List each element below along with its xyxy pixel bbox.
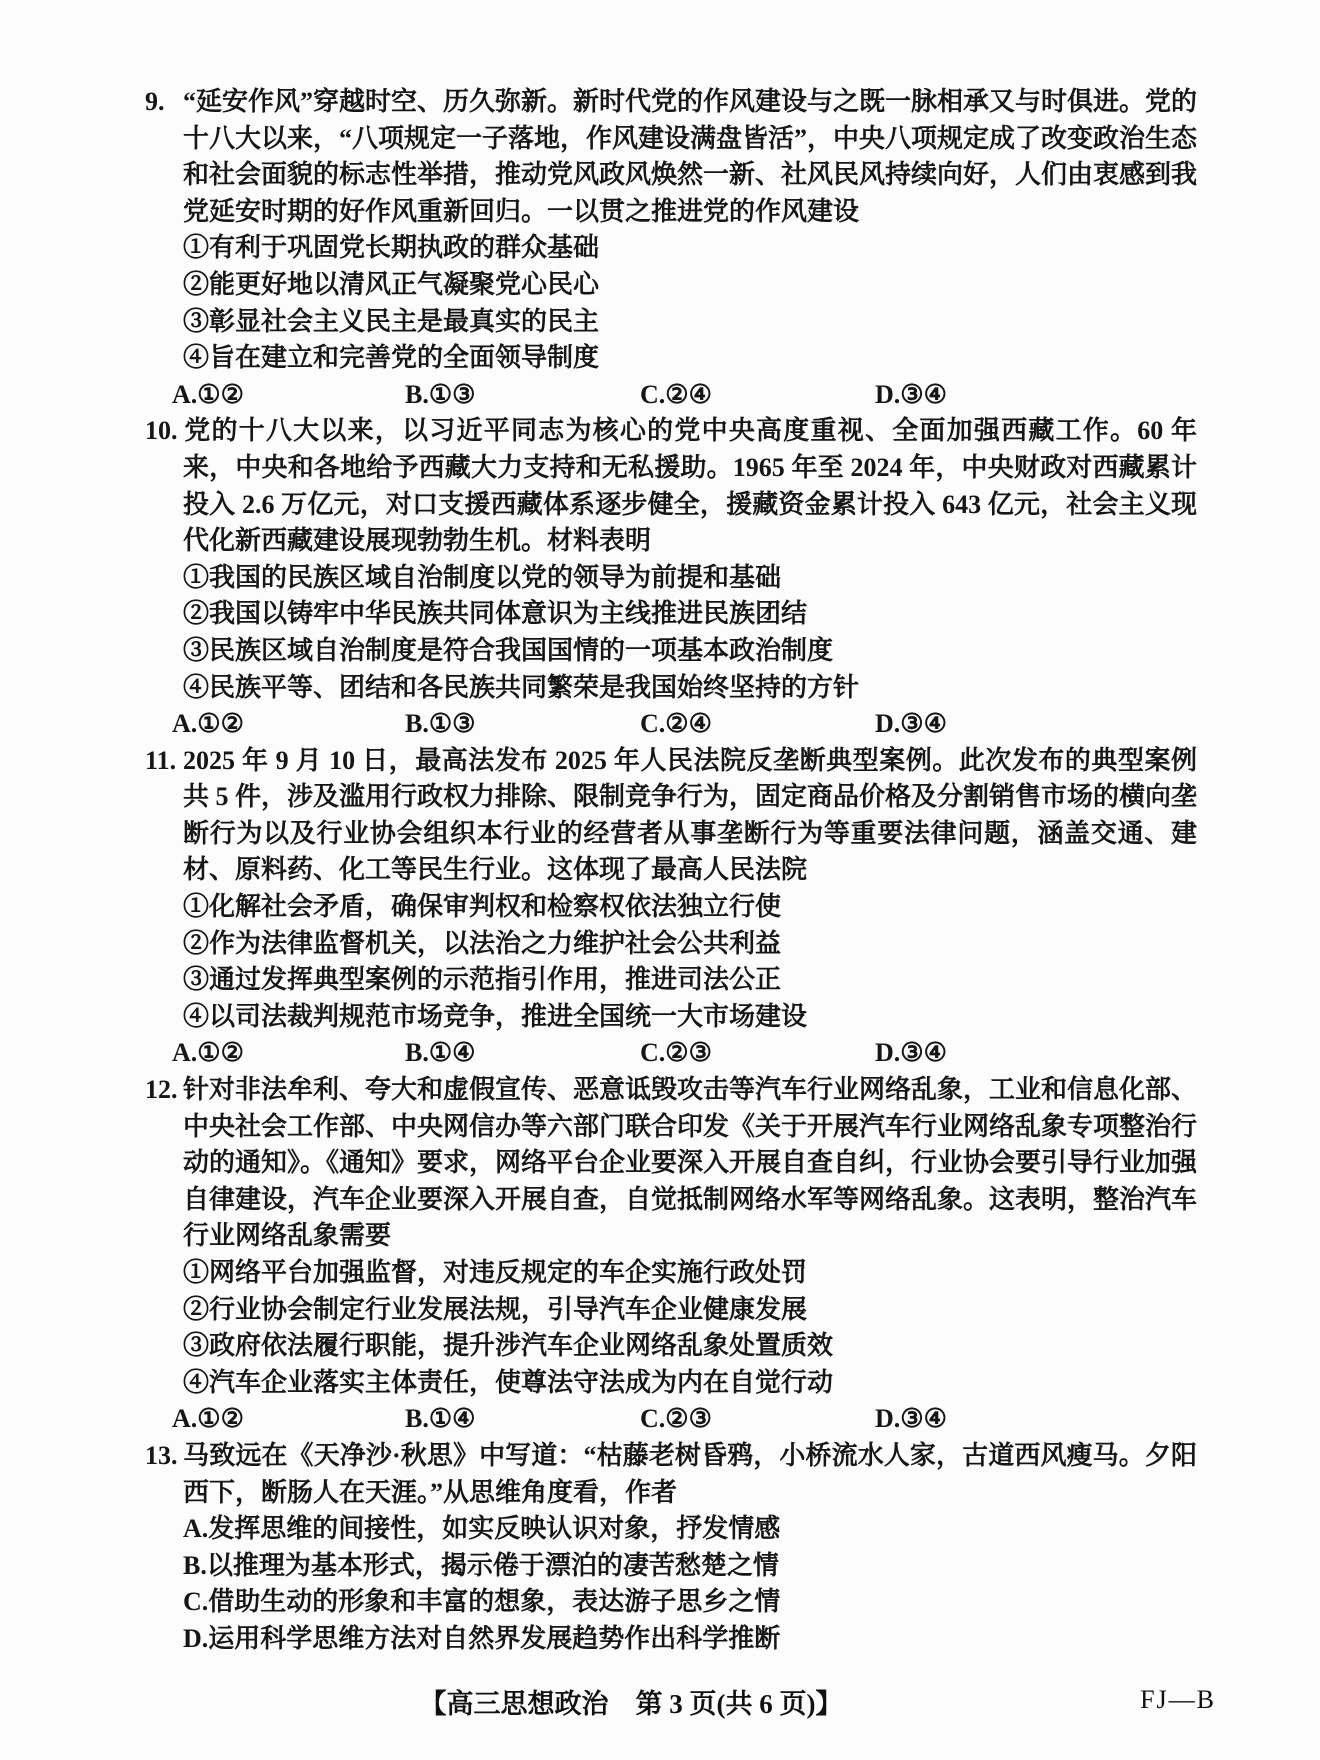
question-11-stem-text: 2025 年 9 月 10 日，最高法发布 2025 年人民法院反垄断典型案例。… xyxy=(183,746,1197,885)
question-13-stem: 13.马致远在《天净沙·秋思》中写道：“枯藤老树昏鸦，小桥流水人家，古道西风瘦马… xyxy=(145,1438,1197,1511)
question-12-stem-text: 针对非法牟利、夸大和虚假宣传、恶意诋毁攻击等汽车行业网络乱象，工业和信息化部、中… xyxy=(183,1075,1197,1250)
question-9-stem: 9.“延安作风”穿越时空、历久弥新。新时代党的作风建设与之既一脉相承又与时俱进。… xyxy=(145,84,1197,230)
exam-page-body: 9.“延安作风”穿越时空、历久弥新。新时代党的作风建设与之既一脉相承又与时俱进。… xyxy=(145,84,1197,1658)
question-12-number: 12. xyxy=(145,1072,183,1109)
question-10-choices: A.①② B.①③ C.②④ D.③④ xyxy=(145,706,1197,743)
question-11-item-2: ②作为法律监督机关，以法治之力维护社会公共利益 xyxy=(145,926,1197,963)
question-10-choice-c: C.②④ xyxy=(640,706,875,743)
question-13-option-b: B.以推理为基本形式，揭示倦于漂泊的凄苦愁楚之情 xyxy=(145,1548,1197,1585)
question-10-stem: 10.党的十八大以来，以习近平同志为核心的党中央高度重视、全面加强西藏工作。60… xyxy=(145,413,1197,559)
question-10-item-1: ①我国的民族区域自治制度以党的领导为前提和基础 xyxy=(145,560,1197,597)
question-12: 12.针对非法牟利、夸大和虚假宣传、恶意诋毁攻击等汽车行业网络乱象，工业和信息化… xyxy=(145,1072,1197,1438)
page-footer: 【高三思想政治 第 3 页(共 6 页)】 FJ—B xyxy=(0,1682,1320,1721)
question-12-item-2: ②行业协会制定行业发展法规，引导汽车企业健康发展 xyxy=(145,1292,1197,1329)
question-13-number: 13. xyxy=(145,1438,183,1475)
question-9-stem-text: “延安作风”穿越时空、历久弥新。新时代党的作风建设与之既一脉相承又与时俱进。党的… xyxy=(183,87,1197,226)
question-11-item-3: ③通过发挥典型案例的示范指引作用，推进司法公正 xyxy=(145,962,1197,999)
question-9-choices: A.①② B.①③ C.②④ D.③④ xyxy=(145,377,1197,414)
question-10-choice-b: B.①③ xyxy=(405,706,640,743)
question-12-item-4: ④汽车企业落实主体责任，使尊法守法成为内在自觉行动 xyxy=(145,1365,1197,1402)
question-9-item-3: ③彰显社会主义民主是最真实的民主 xyxy=(145,304,1197,341)
question-12-item-1: ①网络平台加强监督，对违反规定的车企实施行政处罚 xyxy=(145,1255,1197,1292)
question-11-choices: A.①② B.①④ C.②③ D.③④ xyxy=(145,1035,1197,1072)
question-12-item-3: ③政府依法履行职能，提升涉汽车企业网络乱象处置质效 xyxy=(145,1328,1197,1365)
footer-paper-code: FJ—B xyxy=(1140,1685,1216,1715)
question-12-choice-b: B.①④ xyxy=(405,1401,640,1438)
question-9: 9.“延安作风”穿越时空、历久弥新。新时代党的作风建设与之既一脉相承又与时俱进。… xyxy=(145,84,1197,413)
question-9-choice-a: A.①② xyxy=(172,377,405,414)
question-11: 11.2025 年 9 月 10 日，最高法发布 2025 年人民法院反垄断典型… xyxy=(145,743,1197,1072)
question-13-option-c: C.借助生动的形象和丰富的想象，表达游子思乡之情 xyxy=(145,1584,1197,1621)
question-10-choice-a: A.①② xyxy=(172,706,405,743)
question-12-choice-a: A.①② xyxy=(172,1401,405,1438)
question-13-option-d: D.运用科学思维方法对自然界发展趋势作出科学推断 xyxy=(145,1621,1197,1658)
question-12-choice-d: D.③④ xyxy=(875,1401,1197,1438)
question-13-option-a: A.发挥思维的间接性，如实反映认识对象，抒发情感 xyxy=(145,1511,1197,1548)
question-10-stem-text: 党的十八大以来，以习近平同志为核心的党中央高度重视、全面加强西藏工作。60 年来… xyxy=(183,416,1197,555)
question-11-item-1: ①化解社会矛盾，确保审判权和检察权依法独立行使 xyxy=(145,889,1197,926)
question-10-item-3: ③民族区域自治制度是符合我国国情的一项基本政治制度 xyxy=(145,633,1197,670)
question-10: 10.党的十八大以来，以习近平同志为核心的党中央高度重视、全面加强西藏工作。60… xyxy=(145,413,1197,742)
question-11-choice-a: A.①② xyxy=(172,1035,405,1072)
question-9-item-4: ④旨在建立和完善党的全面领导制度 xyxy=(145,340,1197,377)
question-13-stem-text: 马致远在《天净沙·秋思》中写道：“枯藤老树昏鸦，小桥流水人家，古道西风瘦马。夕阳… xyxy=(183,1441,1197,1507)
question-11-choice-c: C.②③ xyxy=(640,1035,875,1072)
question-10-choice-d: D.③④ xyxy=(875,706,1197,743)
question-9-choice-b: B.①③ xyxy=(405,377,640,414)
question-9-number: 9. xyxy=(145,84,183,121)
question-11-stem: 11.2025 年 9 月 10 日，最高法发布 2025 年人民法院反垄断典型… xyxy=(145,743,1197,889)
question-10-item-4: ④民族平等、团结和各民族共同繁荣是我国始终坚持的方针 xyxy=(145,670,1197,707)
question-10-number: 10. xyxy=(145,413,183,450)
question-10-item-2: ②我国以铸牢中华民族共同体意识为主线推进民族团结 xyxy=(145,596,1197,633)
question-11-choice-d: D.③④ xyxy=(875,1035,1197,1072)
question-11-choice-b: B.①④ xyxy=(405,1035,640,1072)
question-12-choice-c: C.②③ xyxy=(640,1401,875,1438)
footer-page-label: 【高三思想政治 第 3 页(共 6 页)】 xyxy=(420,1682,843,1721)
question-9-item-2: ②能更好地以清风正气凝聚党心民心 xyxy=(145,267,1197,304)
question-11-item-4: ④以司法裁判规范市场竞争，推进全国统一大市场建设 xyxy=(145,999,1197,1036)
question-9-item-1: ①有利于巩固党长期执政的群众基础 xyxy=(145,230,1197,267)
question-12-stem: 12.针对非法牟利、夸大和虚假宣传、恶意诋毁攻击等汽车行业网络乱象，工业和信息化… xyxy=(145,1072,1197,1255)
question-9-choice-c: C.②④ xyxy=(640,377,875,414)
question-9-choice-d: D.③④ xyxy=(875,377,1197,414)
question-11-number: 11. xyxy=(145,743,183,780)
question-13: 13.马致远在《天净沙·秋思》中写道：“枯藤老树昏鸦，小桥流水人家，古道西风瘦马… xyxy=(145,1438,1197,1658)
question-12-choices: A.①② B.①④ C.②③ D.③④ xyxy=(145,1401,1197,1438)
